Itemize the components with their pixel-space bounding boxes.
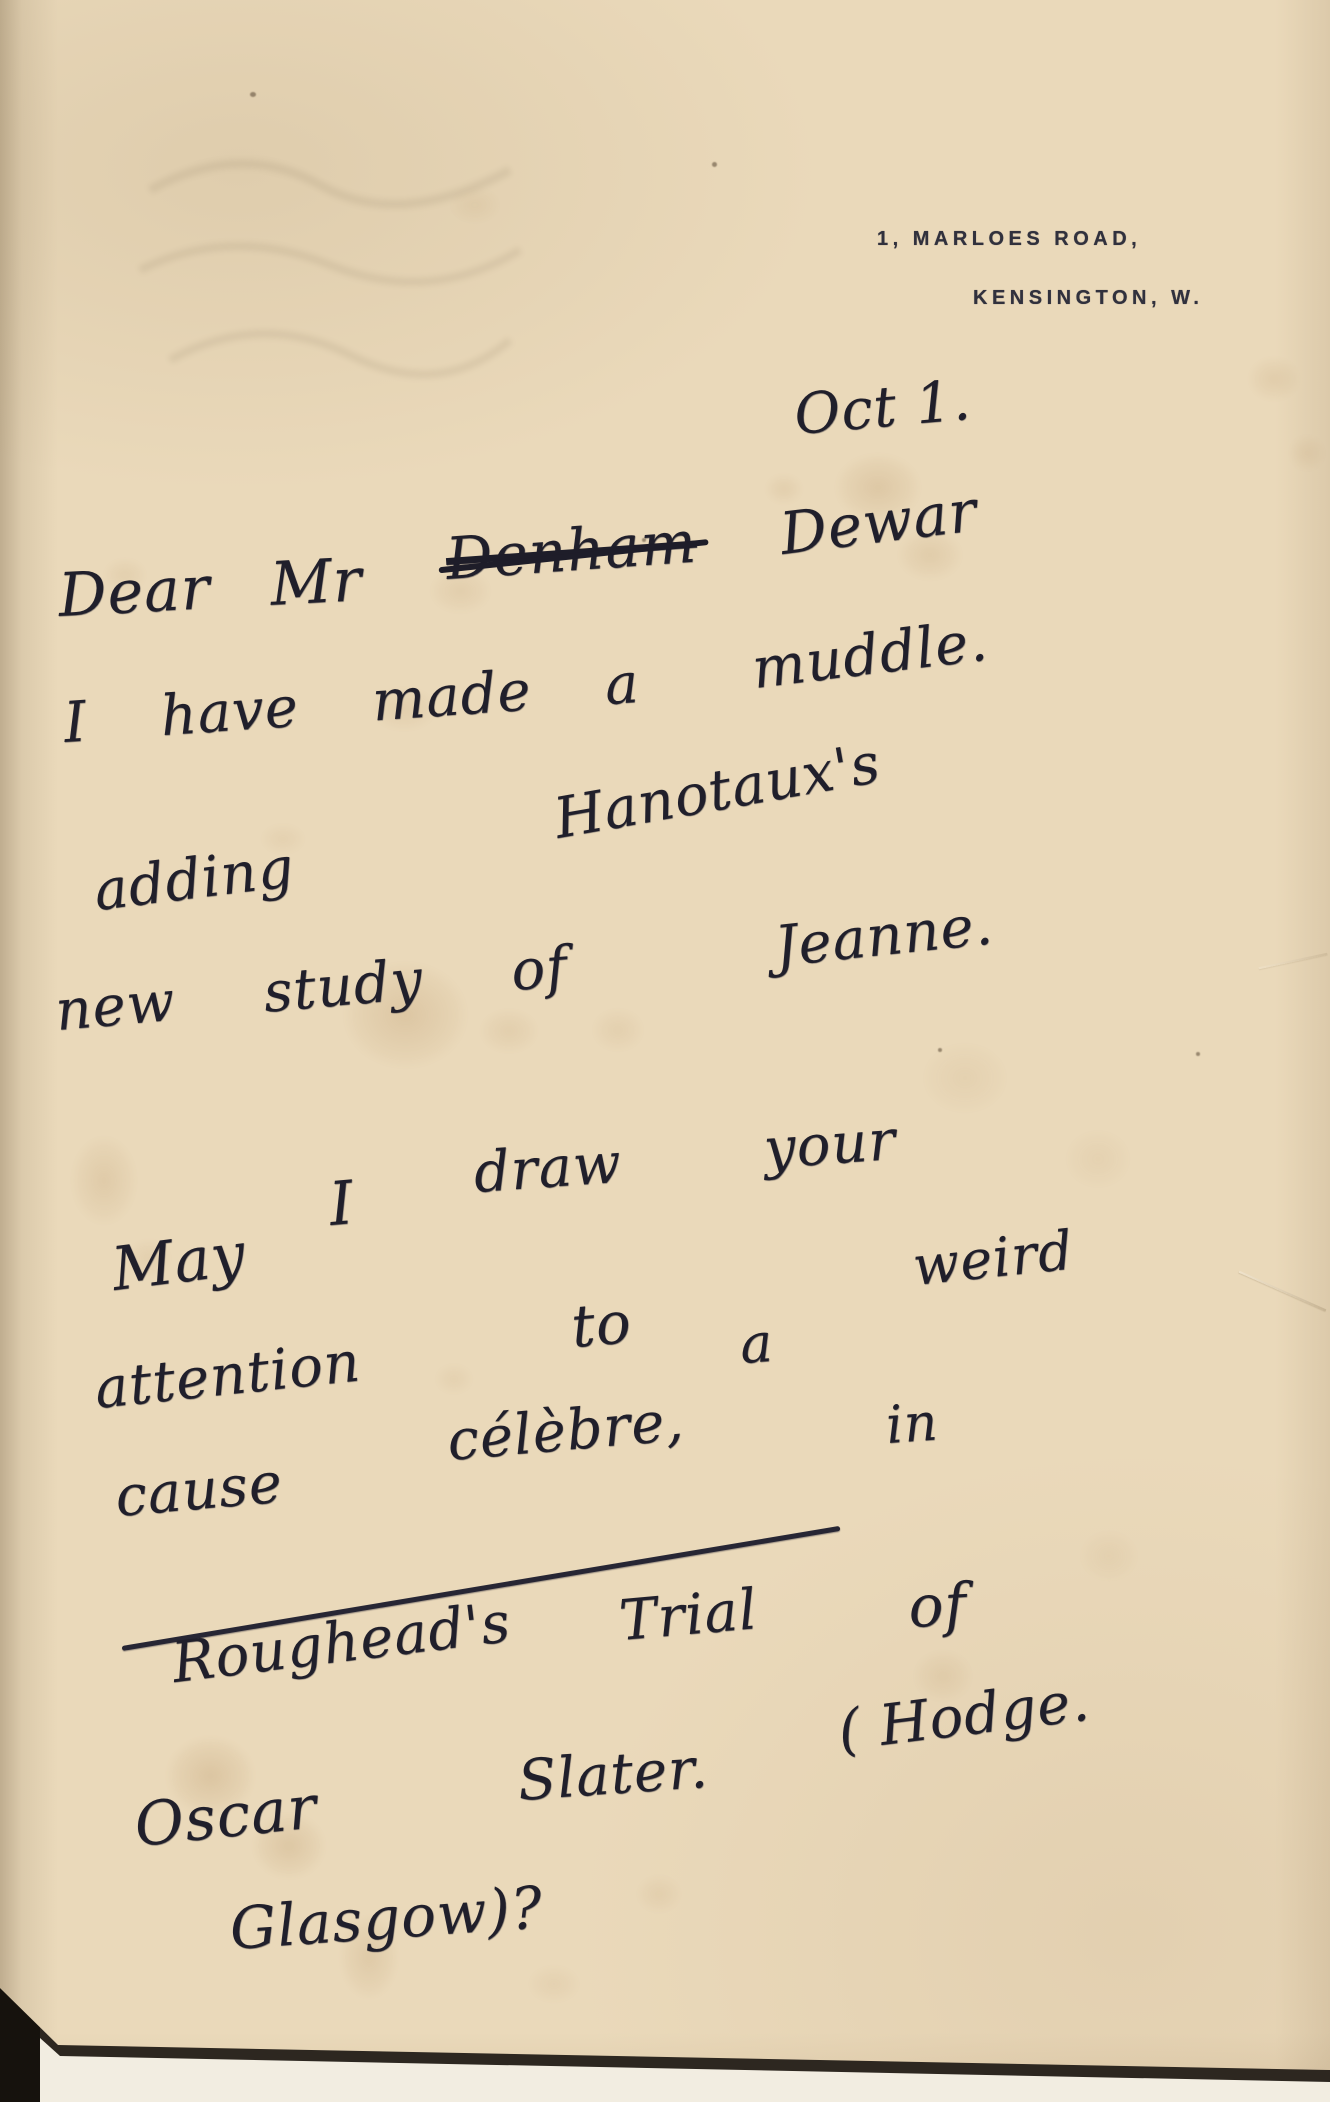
handwritten-word: I have made a bbox=[62, 656, 641, 752]
paper-crease bbox=[1259, 953, 1328, 970]
scanned-letter: 1, MARLOES ROAD, KENSINGTON, W. Oct 1. D… bbox=[0, 0, 1330, 2102]
handwritten-word: Jeanne. bbox=[772, 897, 996, 976]
handwritten-word: draw bbox=[472, 1136, 623, 1202]
paper-stain bbox=[905, 1028, 1025, 1128]
handwritten-word: Glasgow)? bbox=[228, 1878, 545, 1958]
handwritten-word-underlined: célèbre, bbox=[445, 1394, 686, 1470]
paper-stain bbox=[1282, 428, 1330, 478]
ink-speck bbox=[1196, 1052, 1200, 1056]
salutation-prefix: Dear Mr bbox=[57, 550, 364, 626]
handwritten-word: in bbox=[884, 1396, 940, 1452]
handwritten-word: weird bbox=[910, 1223, 1076, 1294]
handwritten-word: to bbox=[569, 1293, 634, 1356]
showthrough-marks bbox=[120, 130, 540, 450]
paper-crease bbox=[1239, 1271, 1327, 1311]
paper-stain bbox=[1052, 1118, 1144, 1200]
handwritten-date: Oct 1. bbox=[792, 373, 973, 444]
paper-stain bbox=[58, 1118, 150, 1243]
handwritten-word: I bbox=[327, 1173, 357, 1235]
handwritten-word: Trial bbox=[617, 1582, 760, 1650]
letterhead-address-line1: 1, MARLOES ROAD, bbox=[877, 228, 1141, 251]
paper-stain bbox=[1238, 348, 1310, 410]
paper-stain bbox=[468, 1000, 550, 1062]
handwritten-word: of bbox=[907, 1575, 968, 1636]
handwritten-word: attention bbox=[92, 1334, 363, 1418]
ink-speck bbox=[938, 1048, 942, 1052]
handwritten-word: Hanotaux's bbox=[550, 736, 884, 848]
paper-stain bbox=[1068, 1520, 1150, 1592]
paper-stain bbox=[518, 1958, 590, 2010]
handwritten-word: muddle. bbox=[749, 614, 991, 698]
paper-stain bbox=[428, 1358, 480, 1400]
handwritten-word: ( Hodge. bbox=[835, 1674, 1093, 1760]
handwritten-word: May bbox=[109, 1224, 249, 1300]
paper-stain bbox=[628, 1868, 690, 1920]
letter-paper: 1, MARLOES ROAD, KENSINGTON, W. Oct 1. D… bbox=[0, 0, 1330, 2102]
handwritten-word: cause bbox=[113, 1456, 285, 1526]
handwritten-word: your bbox=[762, 1113, 898, 1178]
ink-speck bbox=[250, 92, 256, 97]
handwritten-word: Slater. bbox=[516, 1741, 710, 1810]
ink-speck bbox=[712, 162, 717, 167]
handwritten-word: a bbox=[738, 1316, 775, 1372]
handwritten-word: Oscar bbox=[132, 1777, 320, 1856]
handwritten-word: Roughead's bbox=[169, 1595, 514, 1692]
salutation-struck-name: Denham bbox=[444, 513, 699, 588]
handwritten-word: adding bbox=[91, 840, 297, 920]
handwritten-word: new study of bbox=[53, 939, 570, 1040]
paper-stain bbox=[582, 1000, 654, 1060]
letterhead-address-line2: KENSINGTON, W. bbox=[973, 287, 1203, 310]
salutation-name: Dewar bbox=[777, 481, 980, 563]
